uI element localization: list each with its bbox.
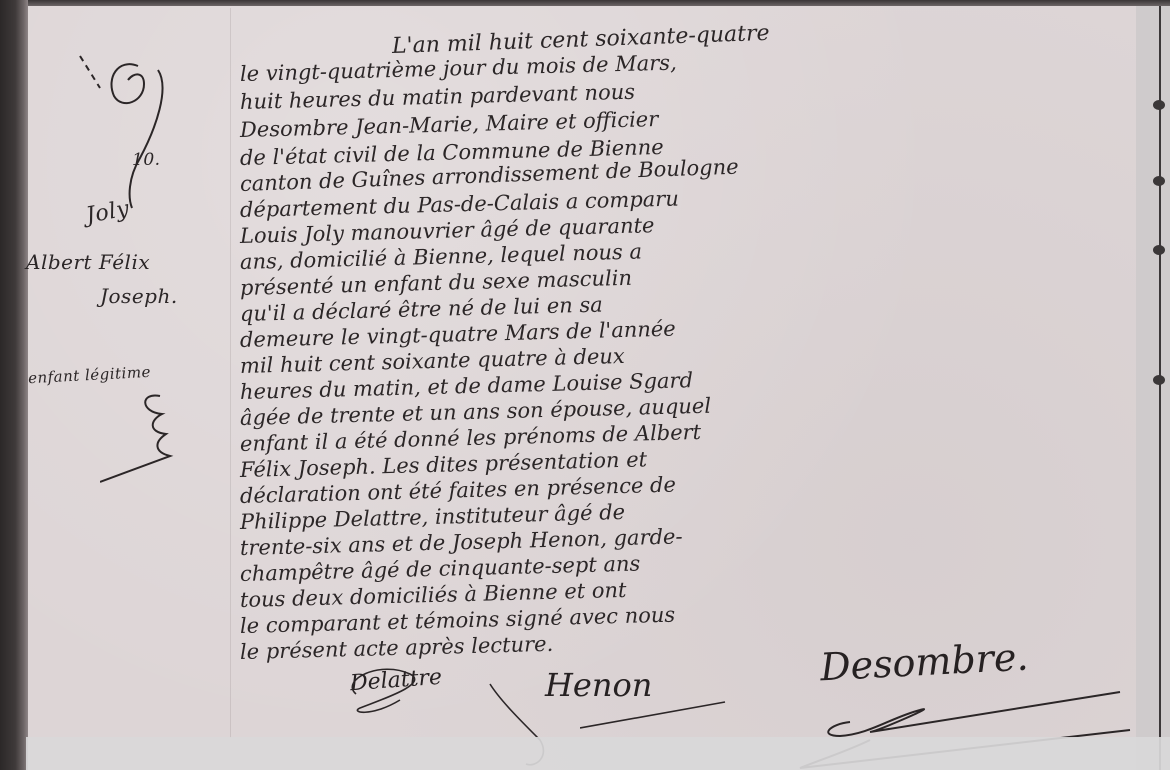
record-number-flourish: [98, 58, 168, 148]
right-margin-rule: [1159, 6, 1161, 770]
rule-mark: [1153, 375, 1165, 385]
rule-mark: [1153, 245, 1165, 255]
margin-divider: [230, 8, 231, 738]
signature-underline: [580, 700, 730, 730]
signature-witness-henon: Henon: [545, 666, 652, 704]
rule-mark: [1153, 100, 1165, 110]
margin-given-names: Albert Félix: [26, 250, 150, 274]
scan-bottom-band: [26, 737, 1170, 770]
margin-flourish: [100, 392, 210, 496]
binding-edge: [0, 0, 28, 770]
entry-number: 10.: [132, 150, 161, 170]
rule-mark: [1153, 176, 1165, 186]
right-margin-strip: [1136, 6, 1170, 770]
margin-given-names-cont: Joseph.: [100, 284, 178, 308]
